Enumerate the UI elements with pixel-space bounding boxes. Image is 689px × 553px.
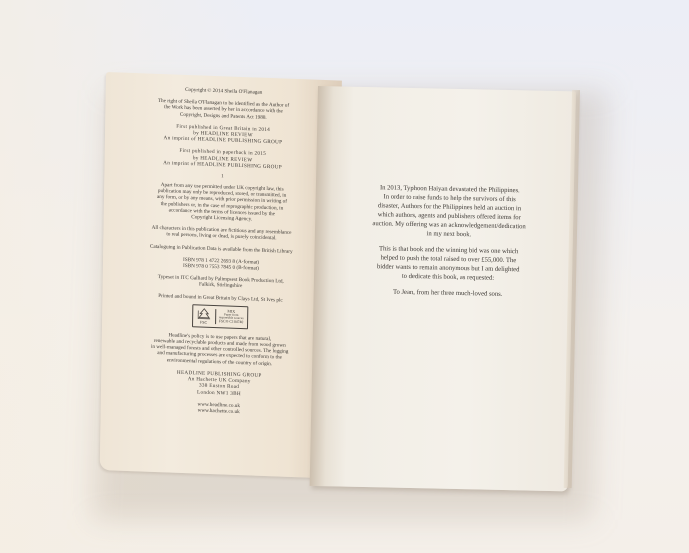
dedication-text: In 2013, Typhoon Haiyan devastated the P… [340, 183, 558, 300]
isbn-list: ISBN 978 1 4722 2693 8 (A-format)ISBN 97… [117, 254, 325, 274]
typeset-notice: Typeset in ITC Galliard by Palimpsest Bo… [117, 273, 325, 293]
dedication-page: In 2013, Typhoon Haiyan devastated the P… [310, 86, 576, 491]
moral-rights: The right of Sheila O'Flanagan to be ide… [119, 97, 327, 123]
fsc-tree-icon [197, 307, 211, 320]
cataloguing-notice: Cataloguing in Publication Data is avail… [117, 242, 325, 256]
printed-notice: Printed and bound in Great Britain by Cl… [116, 291, 324, 305]
dedication-line: To Jean, from her three much-loved sons. [340, 287, 556, 301]
copyright-page: Copyright © 2014 Sheila O'Flanagan The r… [100, 72, 342, 479]
dedication-story: This is that book and the winning bid wa… [340, 244, 557, 285]
fsc-info: MIX Paper from responsible sources FSC® … [215, 309, 244, 325]
fiction-notice: All characters in this publication are f… [117, 224, 325, 244]
reproduction-notice: Apart from any use permitted under UK co… [118, 181, 326, 226]
publisher-websites: www.headline.co.ukwww.hachette.co.uk [115, 398, 323, 418]
publisher-address: HEADLINE PUBLISHING GROUPAn Hachette UK … [115, 367, 323, 399]
first-published: First published in Great Britain in 2014… [119, 121, 327, 147]
fsc-logo: FSC [197, 307, 211, 325]
paperback-edition: First published in paperback in 2015by H… [119, 146, 327, 172]
dedication-intro: In 2013, Typhoon Haiyan devastated the P… [341, 183, 558, 242]
fsc-badge: FSC MIX Paper from responsible sources F… [192, 304, 249, 329]
paper-policy: Headline's policy is to use papers that … [115, 330, 323, 369]
copyright-line: Copyright © 2014 Sheila O'Flanagan [120, 85, 328, 99]
